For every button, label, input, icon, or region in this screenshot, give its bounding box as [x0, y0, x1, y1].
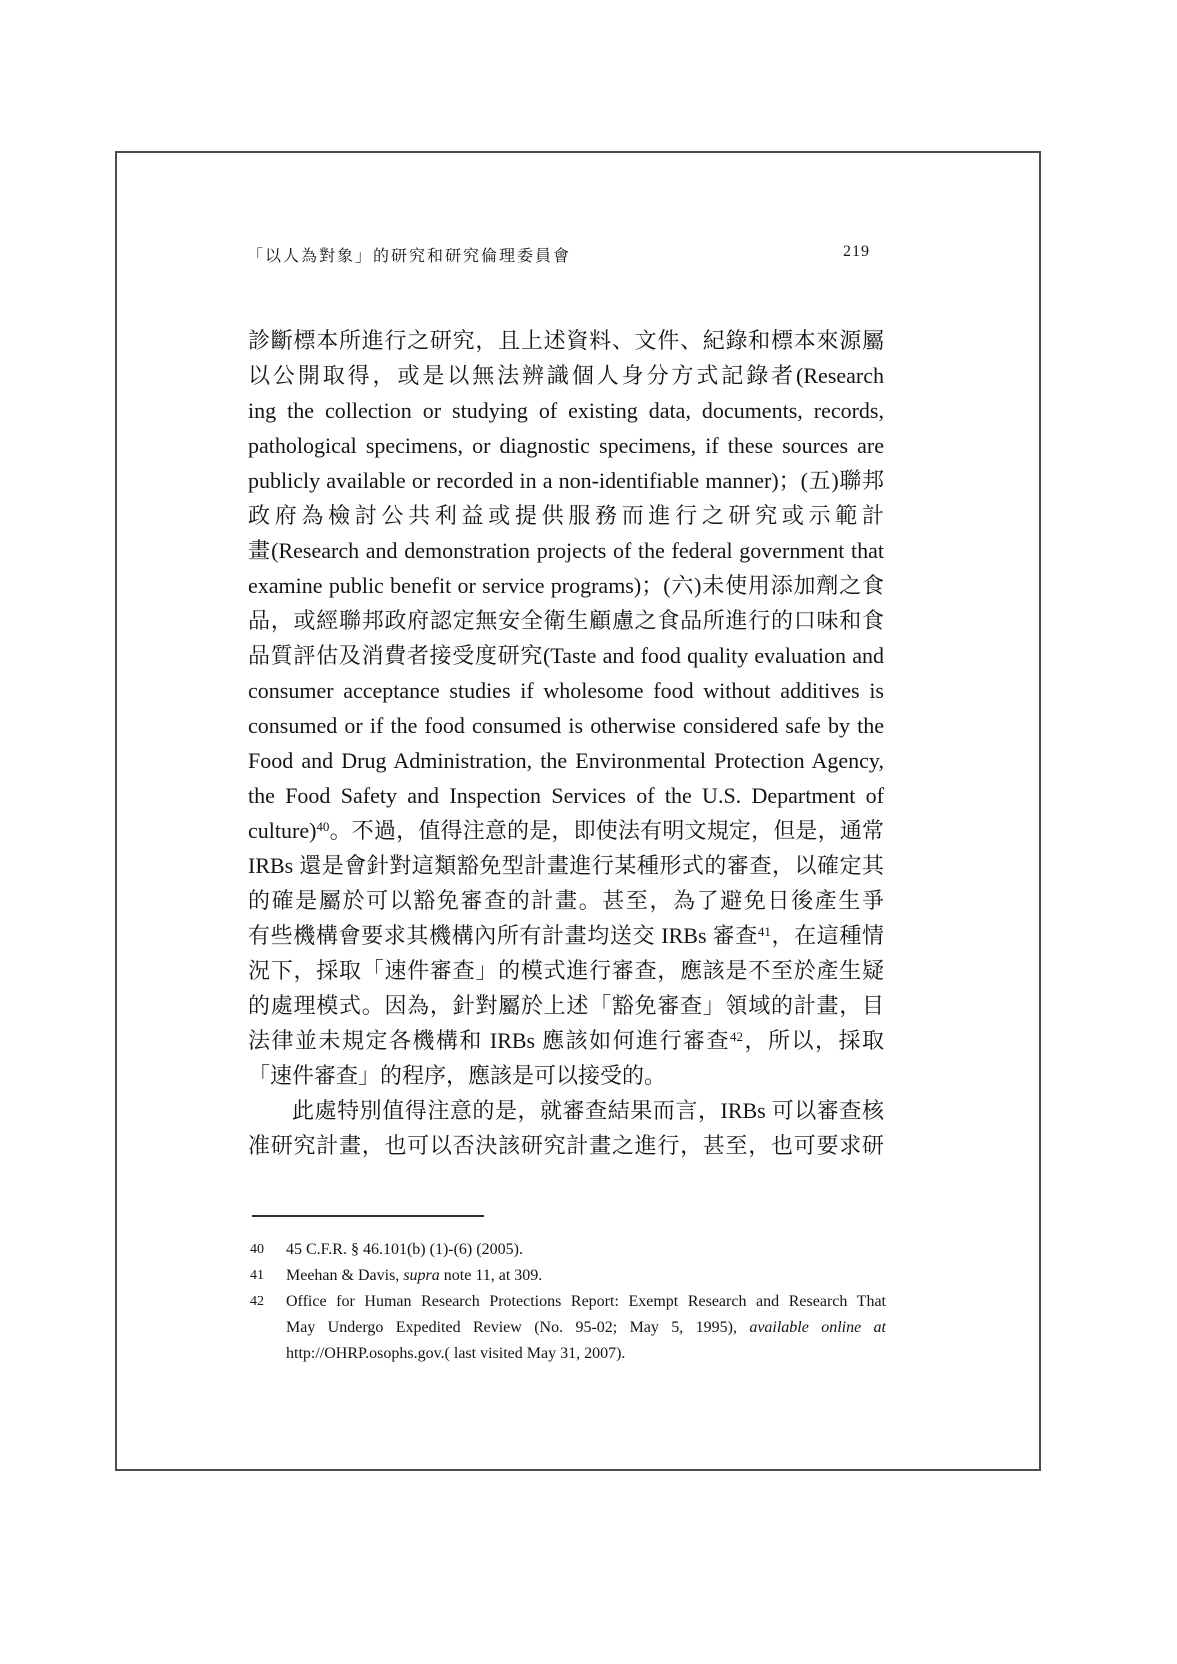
footnote-number: 42	[250, 1289, 286, 1367]
text-segment: Office for Human Research Protections Re…	[286, 1293, 886, 1310]
body-line: 況下，採取「速件審查」的模式進行審查，應該是不至於產生疑義	[248, 953, 884, 988]
text-segment: ，在這種情	[771, 923, 884, 948]
text-segment: 「速件審查」的程序，應該是可以接受的。	[248, 1063, 666, 1088]
body-line: IRBs 還是會針對這類豁免型計畫進行某種形式的審查，以確定其	[248, 848, 884, 883]
footnote-divider	[252, 1215, 484, 1217]
page-header-title: 「以人為對象」的研究和研究倫理委員會	[247, 243, 571, 266]
body-line: 政府為檢討公共利益或提供服務而進行之研究或示範計	[248, 498, 884, 533]
body-line: consumed or if the food consumed is othe…	[248, 708, 884, 743]
body-line: the Food Safety and Inspection Services …	[248, 778, 884, 813]
text-segment: IRBs 還是會針對這類豁免型計畫進行某種形式的審查，以確定其	[248, 853, 884, 878]
text-segment: 此處特別值得注意的是，就審查結果而言，IRBs 可以審查核	[292, 1098, 884, 1123]
text-segment: 品質評估及消費者接受度研究(Taste and food quality eva…	[248, 643, 884, 668]
body-line: publicly available or recorded in a non-…	[248, 463, 884, 498]
footnote-line: http://OHRP.osophs.gov.( last visited Ma…	[286, 1341, 886, 1367]
body-line: 的確是屬於可以豁免審查的計畫。甚至，為了避免日後產生爭議，	[248, 883, 884, 918]
text-segment: 況下，採取「速件審查」的模式進行審查，應該是不至於產生疑義	[248, 958, 884, 988]
footnote-reference: 42	[730, 1029, 743, 1044]
text-segment: 法律並未規定各機構和 IRBs 應該如何進行審查	[248, 1028, 730, 1053]
body-text: 診斷標本所進行之研究，且上述資料、文件、紀錄和標本來源屬可以公開取得，或是以無法…	[248, 323, 884, 1163]
body-line: 有些機構會要求其機構內所有計畫均送交 IRBs 審查41，在這種情	[248, 918, 884, 953]
text-segment: Food and Drug Administration, the Enviro…	[248, 748, 884, 778]
text-segment: May Undergo Expedited Review (No. 95-02;…	[286, 1319, 749, 1336]
footnote-item: 41Meehan & Davis, supra note 11, at 309.	[250, 1263, 886, 1289]
text-segment: 以公開取得，或是以無法辨識個人身分方式記錄者(Research involv-	[248, 363, 884, 393]
footnote-list: 4045 C.F.R. § 46.101(b) (1)-(6) (2005).4…	[250, 1237, 886, 1367]
body-line: 畫(Research and demonstration projects of…	[248, 533, 884, 568]
body-line: examine public benefit or service progra…	[248, 568, 884, 603]
scanned-document: 「以人為對象」的研究和研究倫理委員會 219 診斷標本所進行之研究，且上述資料、…	[0, 0, 1177, 1664]
text-segment: 45 C.F.R. § 46.101(b) (1)-(6) (2005).	[286, 1241, 523, 1258]
text-segment: 品，或經聯邦政府認定無安全衛生顧慮之食品所進行的口味和食物	[248, 608, 884, 638]
body-line: 品，或經聯邦政府認定無安全衛生顧慮之食品所進行的口味和食物	[248, 603, 884, 638]
footnote-item: 42Office for Human Research Protections …	[250, 1289, 886, 1367]
footnote-number: 40	[250, 1237, 286, 1263]
text-segment: http://OHRP.osophs.gov.( last visited Ma…	[286, 1345, 625, 1362]
text-segment: ，所以，採取	[743, 1028, 884, 1053]
body-line: 診斷標本所進行之研究，且上述資料、文件、紀錄和標本來源屬可	[248, 323, 884, 358]
text-segment: 政府為檢討公共利益或提供服務而進行之研究或示範計	[248, 503, 884, 528]
text-segment: pathological specimens, or diagnostic sp…	[248, 433, 884, 458]
footnote-line: Office for Human Research Protections Re…	[286, 1289, 886, 1315]
footnote-reference: 40	[316, 819, 329, 834]
footnote-item: 4045 C.F.R. § 46.101(b) (1)-(6) (2005).	[250, 1237, 886, 1263]
footnote-line: Meehan & Davis, supra note 11, at 309.	[286, 1263, 886, 1289]
text-segment: 的處理模式。因為，針對屬於上述「豁免審查」領域的計畫，目前	[248, 993, 884, 1023]
footnote-line: May Undergo Expedited Review (No. 95-02;…	[286, 1315, 886, 1341]
body-line: consumer acceptance studies if wholesome…	[248, 673, 884, 708]
text-segment: 診斷標本所進行之研究，且上述資料、文件、紀錄和標本來源屬可	[248, 328, 884, 358]
text-segment: ing the collection or studying of existi…	[248, 398, 884, 423]
text-segment: consumed or if the food consumed is othe…	[248, 713, 884, 738]
body-line: 品質評估及消費者接受度研究(Taste and food quality eva…	[248, 638, 884, 673]
body-line: 以公開取得，或是以無法辨識個人身分方式記錄者(Research involv-	[248, 358, 884, 393]
body-line: 准研究計畫，也可以否決該研究計畫之進行，甚至，也可要求研究	[248, 1128, 884, 1163]
text-segment: culture)	[248, 818, 316, 843]
page-border: 「以人為對象」的研究和研究倫理委員會 219 診斷標本所進行之研究，且上述資料、…	[115, 151, 1041, 1471]
footnote-number: 41	[250, 1263, 286, 1289]
body-line: culture)40。不過，值得注意的是，即使法有明文規定，但是，通常	[248, 813, 884, 848]
page-number: 219	[843, 243, 870, 261]
footnote-text: Meehan & Davis, supra note 11, at 309.	[286, 1263, 886, 1289]
text-segment: consumer acceptance studies if wholesome…	[248, 678, 884, 703]
text-segment: supra	[403, 1267, 439, 1284]
text-segment: examine public benefit or service progra…	[248, 573, 884, 598]
text-segment: 准研究計畫，也可以否決該研究計畫之進行，甚至，也可要求研究	[248, 1133, 884, 1163]
body-line: 法律並未規定各機構和 IRBs 應該如何進行審查42，所以，採取	[248, 1023, 884, 1058]
footnote-line: 45 C.F.R. § 46.101(b) (1)-(6) (2005).	[286, 1237, 886, 1263]
body-line: 此處特別值得注意的是，就審查結果而言，IRBs 可以審查核	[248, 1093, 884, 1128]
footnote-text: 45 C.F.R. § 46.101(b) (1)-(6) (2005).	[286, 1237, 886, 1263]
text-segment: 畫(Research and demonstration projects of…	[248, 538, 884, 563]
body-line: 「速件審查」的程序，應該是可以接受的。	[248, 1058, 884, 1093]
body-line: Food and Drug Administration, the Enviro…	[248, 743, 884, 778]
footnote-text: Office for Human Research Protections Re…	[286, 1289, 886, 1367]
body-line: 的處理模式。因為，針對屬於上述「豁免審查」領域的計畫，目前	[248, 988, 884, 1023]
text-segment: note 11, at 309.	[440, 1267, 543, 1284]
text-segment: available online at	[749, 1319, 886, 1336]
text-segment: 有些機構會要求其機構內所有計畫均送交 IRBs 審查	[248, 923, 758, 948]
text-segment: publicly available or recorded in a non-…	[248, 468, 884, 493]
body-line: pathological specimens, or diagnostic sp…	[248, 428, 884, 463]
text-segment: Meehan & Davis,	[286, 1267, 403, 1284]
body-line: ing the collection or studying of existi…	[248, 393, 884, 428]
text-segment: 的確是屬於可以豁免審查的計畫。甚至，為了避免日後產生爭議，	[248, 888, 884, 918]
text-segment: 。不過，值得注意的是，即使法有明文規定，但是，通常	[329, 818, 884, 843]
text-segment: the Food Safety and Inspection Services …	[248, 783, 884, 813]
footnote-reference: 41	[758, 924, 771, 939]
